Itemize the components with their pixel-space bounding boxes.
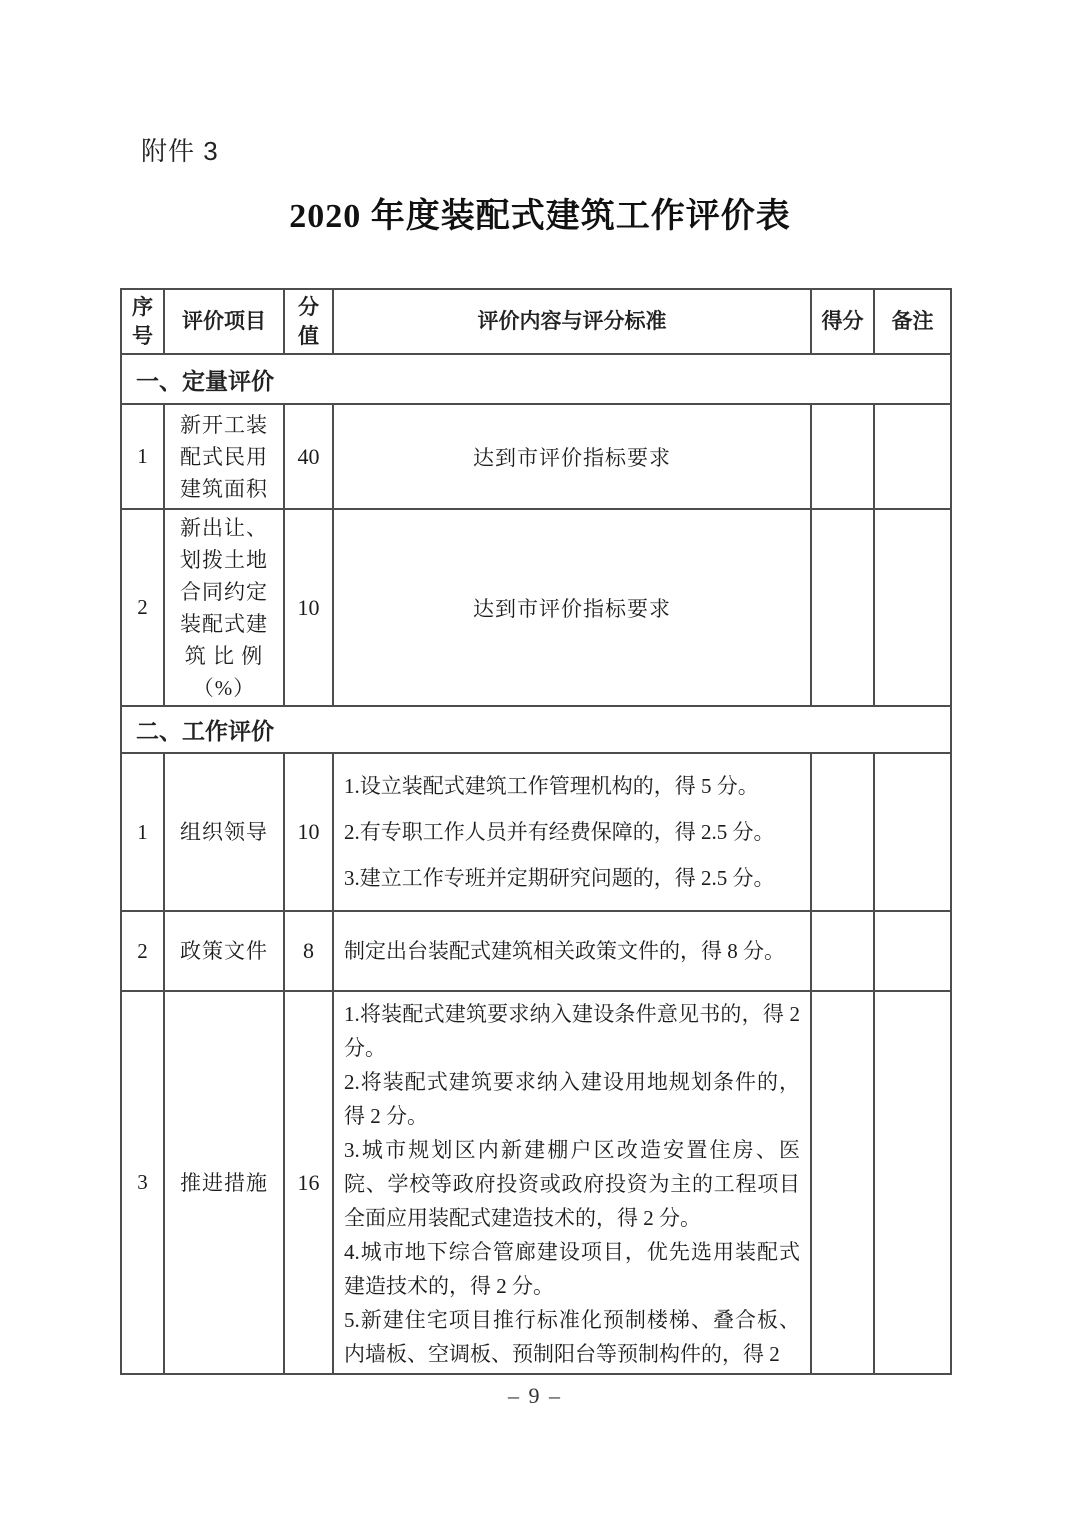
cell-value: 40 bbox=[284, 404, 333, 509]
table-row-w1: 1 组织领导 10 1.设立装配式建筑工作管理机构的，得 5 分。 2.有专职工… bbox=[121, 753, 951, 911]
table-row-q1: 1 新开工装 配式民用 建筑面积 40 达到市评价指标要求 bbox=[121, 404, 951, 509]
cell-remarks bbox=[874, 991, 951, 1374]
cell-item: 新出让、 划拨土地 合同约定 装配式建 筑 比 例 （%） bbox=[164, 509, 284, 706]
cell-criteria: 1.将装配式建筑要求纳入建设条件意见书的，得 2 分。 2.将装配式建筑要求纳入… bbox=[333, 991, 811, 1374]
cell-criteria: 达到市评价指标要求 bbox=[333, 509, 811, 706]
cell-criteria: 达到市评价指标要求 bbox=[333, 404, 811, 509]
cell-criteria: 制定出台装配式建筑相关政策文件的，得 8 分。 bbox=[333, 911, 811, 991]
cell-index: 2 bbox=[121, 509, 164, 706]
cell-remarks bbox=[874, 911, 951, 991]
section-row-work: 二、工作评价 bbox=[121, 706, 951, 753]
section-label-quantitative: 一、定量评价 bbox=[121, 354, 951, 404]
cell-criteria: 1.设立装配式建筑工作管理机构的，得 5 分。 2.有专职工作人员并有经费保障的… bbox=[333, 753, 811, 911]
cell-score bbox=[811, 991, 874, 1374]
cell-remarks bbox=[874, 753, 951, 911]
section-label-work: 二、工作评价 bbox=[121, 706, 951, 753]
cell-index: 3 bbox=[121, 991, 164, 1374]
cell-score bbox=[811, 404, 874, 509]
header-value: 分 值 bbox=[284, 289, 333, 354]
header-score: 得分 bbox=[811, 289, 874, 354]
section-row-quantitative: 一、定量评价 bbox=[121, 354, 951, 404]
table-row-w3: 3 推进措施 16 1.将装配式建筑要求纳入建设条件意见书的，得 2 分。 2.… bbox=[121, 991, 951, 1374]
header-criteria: 评价内容与评分标准 bbox=[333, 289, 811, 354]
cell-remarks bbox=[874, 509, 951, 706]
page-number: – 9 – bbox=[120, 1383, 950, 1409]
attachment-label: 附件 3 bbox=[141, 131, 219, 168]
table-row-q2: 2 新出让、 划拨土地 合同约定 装配式建 筑 比 例 （%） 10 达到市评价… bbox=[121, 509, 951, 706]
header-item: 评价项目 bbox=[164, 289, 284, 354]
cell-score bbox=[811, 509, 874, 706]
cell-index: 1 bbox=[121, 404, 164, 509]
criteria-text: 1.设立装配式建筑工作管理机构的，得 5 分。 2.有专职工作人员并有经费保障的… bbox=[344, 763, 800, 901]
cell-score bbox=[811, 753, 874, 911]
document-title: 2020 年度装配式建筑工作评价表 bbox=[0, 188, 1080, 237]
cell-value: 10 bbox=[284, 509, 333, 706]
header-remarks: 备注 bbox=[874, 289, 951, 354]
table-row-w2: 2 政策文件 8 制定出台装配式建筑相关政策文件的，得 8 分。 bbox=[121, 911, 951, 991]
header-index: 序 号 bbox=[121, 289, 164, 354]
criteria-text: 1.将装配式建筑要求纳入建设条件意见书的，得 2 分。 2.将装配式建筑要求纳入… bbox=[344, 992, 800, 1371]
document-page: { "page": { "attachment_label": "附件 3", … bbox=[0, 0, 1080, 1527]
cell-item: 政策文件 bbox=[164, 911, 284, 991]
cell-item: 新开工装 配式民用 建筑面积 bbox=[164, 404, 284, 509]
cell-item: 组织领导 bbox=[164, 753, 284, 911]
cell-value: 8 bbox=[284, 911, 333, 991]
criteria-text: 制定出台装配式建筑相关政策文件的，得 8 分。 bbox=[344, 936, 800, 966]
table-header-row: 序 号 评价项目 分 值 评价内容与评分标准 得分 备注 bbox=[121, 289, 951, 354]
cell-remarks bbox=[874, 404, 951, 509]
cell-item: 推进措施 bbox=[164, 991, 284, 1374]
cell-index: 1 bbox=[121, 753, 164, 911]
cell-value: 10 bbox=[284, 753, 333, 911]
evaluation-table: 序 号 评价项目 分 值 评价内容与评分标准 得分 备注 一、定量评价 1 新开… bbox=[120, 288, 952, 1375]
cell-score bbox=[811, 911, 874, 991]
cell-value: 16 bbox=[284, 991, 333, 1374]
cell-index: 2 bbox=[121, 911, 164, 991]
